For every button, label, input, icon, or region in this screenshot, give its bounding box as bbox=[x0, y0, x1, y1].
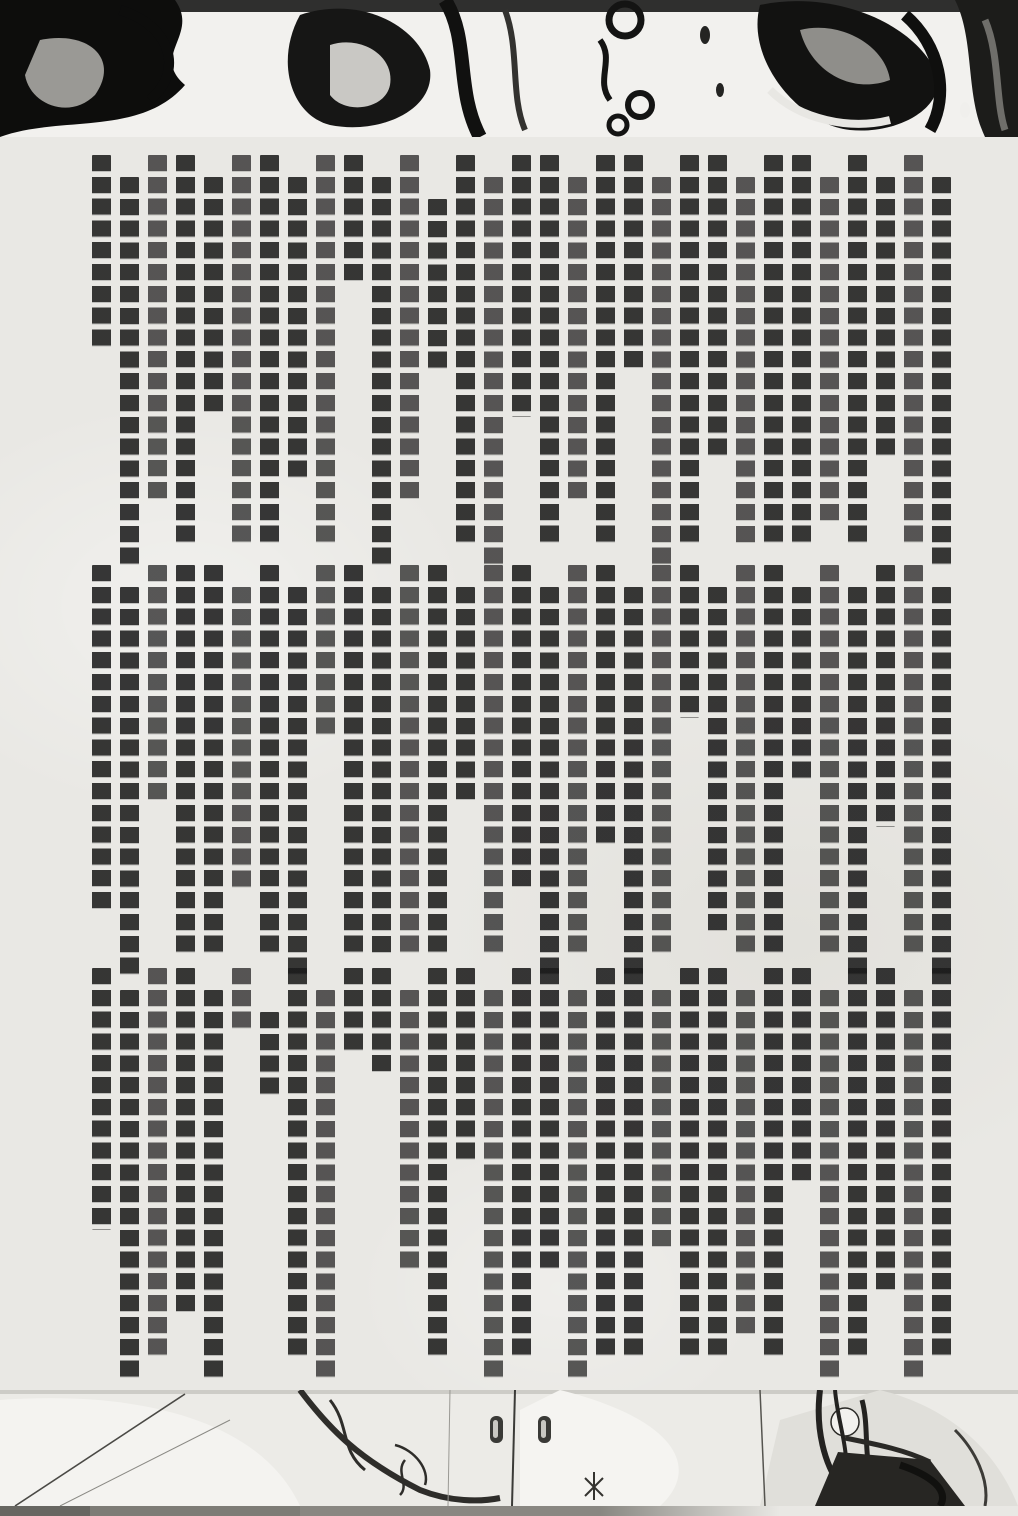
bottom-page-edge-shadow bbox=[0, 1506, 780, 1516]
redacted-text-column bbox=[568, 565, 587, 957]
redacted-text-column bbox=[568, 990, 587, 1382]
redacted-text-column bbox=[316, 565, 335, 739]
redacted-text-column bbox=[820, 177, 839, 526]
redacted-text-column bbox=[540, 968, 559, 1273]
redacted-text-column bbox=[904, 990, 923, 1382]
redacted-text-column bbox=[596, 155, 615, 547]
redacted-text-column bbox=[428, 565, 447, 957]
redacted-text-column bbox=[624, 587, 643, 979]
redacted-text-column bbox=[344, 155, 363, 286]
redacted-text-column bbox=[400, 990, 419, 1273]
redacted-text-column bbox=[512, 565, 531, 892]
redacted-text-column bbox=[456, 155, 475, 547]
redacted-text-column bbox=[652, 565, 671, 957]
redacted-text-column bbox=[652, 990, 671, 1252]
redacted-text-column bbox=[792, 587, 811, 783]
redacted-text-column bbox=[792, 968, 811, 1186]
redacted-text-column bbox=[708, 968, 727, 1360]
redacted-text-column bbox=[764, 968, 783, 1360]
redacted-text-column bbox=[232, 587, 251, 892]
redacted-text-column bbox=[764, 565, 783, 957]
redacted-text-column bbox=[904, 565, 923, 957]
redacted-text-column bbox=[176, 968, 195, 1317]
redacted-text-column bbox=[652, 177, 671, 569]
redacted-text-column bbox=[736, 990, 755, 1339]
redacted-text-column bbox=[876, 177, 895, 460]
redacted-text-column bbox=[680, 565, 699, 718]
redacted-text-column bbox=[484, 990, 503, 1382]
redacted-text-column bbox=[848, 968, 867, 1360]
artwork-top-band bbox=[0, 0, 1018, 137]
redacted-text-column bbox=[848, 155, 867, 547]
redacted-text-column bbox=[176, 565, 195, 957]
text-tier-3 bbox=[85, 968, 951, 1366]
redacted-text-column bbox=[624, 155, 643, 373]
redacted-text-column bbox=[92, 968, 111, 1230]
redacted-text-column bbox=[904, 155, 923, 547]
redacted-text-column bbox=[120, 177, 139, 569]
redacted-text-column bbox=[792, 155, 811, 547]
redacted-text-column bbox=[288, 587, 307, 979]
redacted-text-column bbox=[316, 155, 335, 547]
redacted-text-column bbox=[512, 155, 531, 417]
artwork-top-illustration bbox=[0, 0, 1018, 137]
artwork-bottom-band bbox=[0, 1390, 1018, 1506]
redacted-text-column bbox=[680, 968, 699, 1360]
redacted-text-column bbox=[540, 587, 559, 979]
redacted-text-column bbox=[372, 968, 391, 1077]
redacted-text-column bbox=[876, 968, 895, 1295]
redacted-text-column bbox=[204, 565, 223, 957]
redacted-text-column bbox=[736, 565, 755, 957]
redacted-text-column bbox=[232, 968, 251, 1033]
redacted-text-column bbox=[372, 177, 391, 569]
redacted-text-column bbox=[92, 155, 111, 351]
redacted-text-column bbox=[288, 177, 307, 482]
redacted-text-column bbox=[148, 968, 167, 1360]
redacted-text-column bbox=[120, 990, 139, 1382]
redacted-text-column bbox=[568, 177, 587, 504]
redacted-text-column bbox=[260, 155, 279, 547]
redacted-text-column bbox=[148, 155, 167, 504]
redacted-text-column bbox=[316, 990, 335, 1382]
text-tier-2 bbox=[85, 565, 951, 957]
redacted-text-column bbox=[540, 155, 559, 547]
redacted-text-column bbox=[120, 587, 139, 979]
redacted-text-column bbox=[512, 968, 531, 1360]
redacted-text-column bbox=[204, 990, 223, 1382]
redacted-text-column bbox=[400, 155, 419, 504]
redacted-text-column bbox=[232, 155, 251, 547]
redacted-text-column bbox=[932, 587, 951, 979]
redacted-text-column bbox=[764, 155, 783, 547]
redacted-text-column bbox=[428, 968, 447, 1360]
redacted-text-column bbox=[876, 565, 895, 827]
redacted-text-column bbox=[148, 565, 167, 805]
redacted-text-column bbox=[260, 1012, 279, 1099]
redacted-text-column bbox=[92, 565, 111, 914]
redacted-text-column bbox=[288, 968, 307, 1360]
redacted-text-column bbox=[932, 177, 951, 569]
artwork-bottom-illustration bbox=[0, 1390, 1018, 1506]
redacted-text-column bbox=[456, 587, 475, 805]
redacted-text-column bbox=[708, 587, 727, 936]
redacted-text-column bbox=[624, 968, 643, 1360]
redacted-text-column bbox=[596, 968, 615, 1360]
redacted-text-column bbox=[372, 587, 391, 958]
redacted-text-column bbox=[344, 968, 363, 1055]
redacted-text-column bbox=[456, 968, 475, 1164]
redacted-text-column bbox=[820, 565, 839, 957]
redacted-text-column bbox=[932, 968, 951, 1360]
redacted-text-column bbox=[820, 990, 839, 1382]
redacted-text-column bbox=[260, 565, 279, 957]
redacted-text-column bbox=[680, 155, 699, 547]
redacted-text-column bbox=[484, 177, 503, 569]
redacted-text-column bbox=[736, 177, 755, 548]
text-tier-1 bbox=[85, 155, 951, 547]
redacted-text-column bbox=[400, 565, 419, 957]
redacted-text-column bbox=[596, 565, 615, 848]
redacted-text-column bbox=[484, 565, 503, 957]
redacted-text-column bbox=[428, 199, 447, 373]
redacted-text-column bbox=[176, 155, 195, 547]
redacted-text-column bbox=[708, 155, 727, 460]
redacted-text-column bbox=[204, 177, 223, 417]
redacted-text-column bbox=[848, 587, 867, 979]
novel-page: { "document": { "kind": "scanned Japanes… bbox=[0, 0, 1018, 1516]
redacted-text-column bbox=[344, 565, 363, 957]
